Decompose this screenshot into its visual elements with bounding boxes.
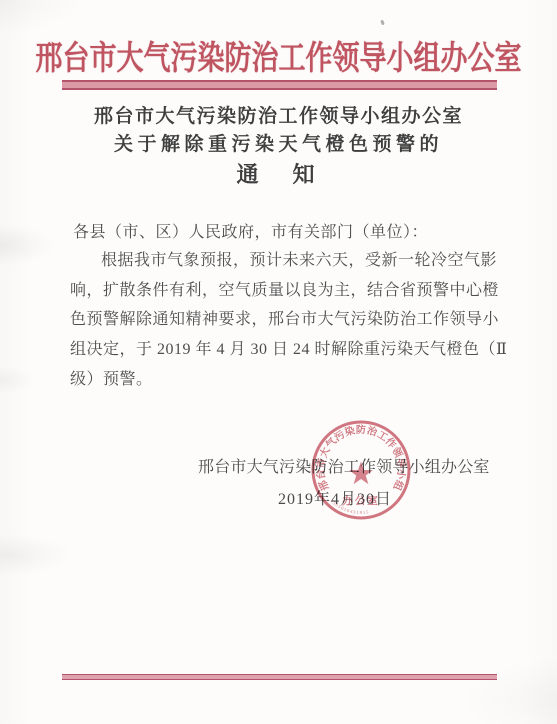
document-title: 邢台市大气污染防治工作领导小组办公室 关于解除重污染天气橙色预警的 通 知 xyxy=(0,103,557,191)
body-line: 色预警解除通知精神要求，邢台市大气污染防治工作领导小 xyxy=(70,305,500,335)
letterhead-title: 邢台市大气污染防治工作领导小组办公室 xyxy=(0,31,557,79)
seal-center-text: 办公室 xyxy=(342,494,380,507)
official-seal-stamp: 邢台市大气污染防治工作领导小组 办公室 1305010431815 xyxy=(309,418,413,522)
body-line: 响，扩散条件有利，空气质量以良为主，结合省预警中心橙 xyxy=(70,276,500,306)
body-line: 根据我市气象预报，预计未来六天，受新一轮冷空气影 xyxy=(70,246,500,276)
footer-divider-line xyxy=(62,674,497,680)
scanned-notice-document: 邢台市大气污染防治工作领导小组办公室 邢台市大气污染防治工作领导小组办公室 关于… xyxy=(0,0,557,724)
seal-star-icon xyxy=(349,462,373,485)
body-line: 组决定，于 2019 年 4 月 30 日 24 时解除重污染天气橙色（Ⅱ xyxy=(70,335,500,365)
body-paragraph: 根据我市气象预报，预计未来六天，受新一轮冷空气影 响，扩散条件有利，空气质量以良… xyxy=(70,246,500,395)
scan-artifact-speck xyxy=(380,20,385,26)
body-line: 级）预警。 xyxy=(70,365,500,395)
doc-title-line-3: 通 知 xyxy=(0,159,557,191)
doc-title-line-1: 邢台市大气污染防治工作领导小组办公室 xyxy=(0,103,557,131)
letterhead-divider-line xyxy=(62,80,497,90)
doc-title-line-2: 关于解除重污染天气橙色预警的 xyxy=(0,131,557,159)
salutation-line: 各县（市、区）人民政府，市有关部门（单位）： xyxy=(73,219,428,242)
